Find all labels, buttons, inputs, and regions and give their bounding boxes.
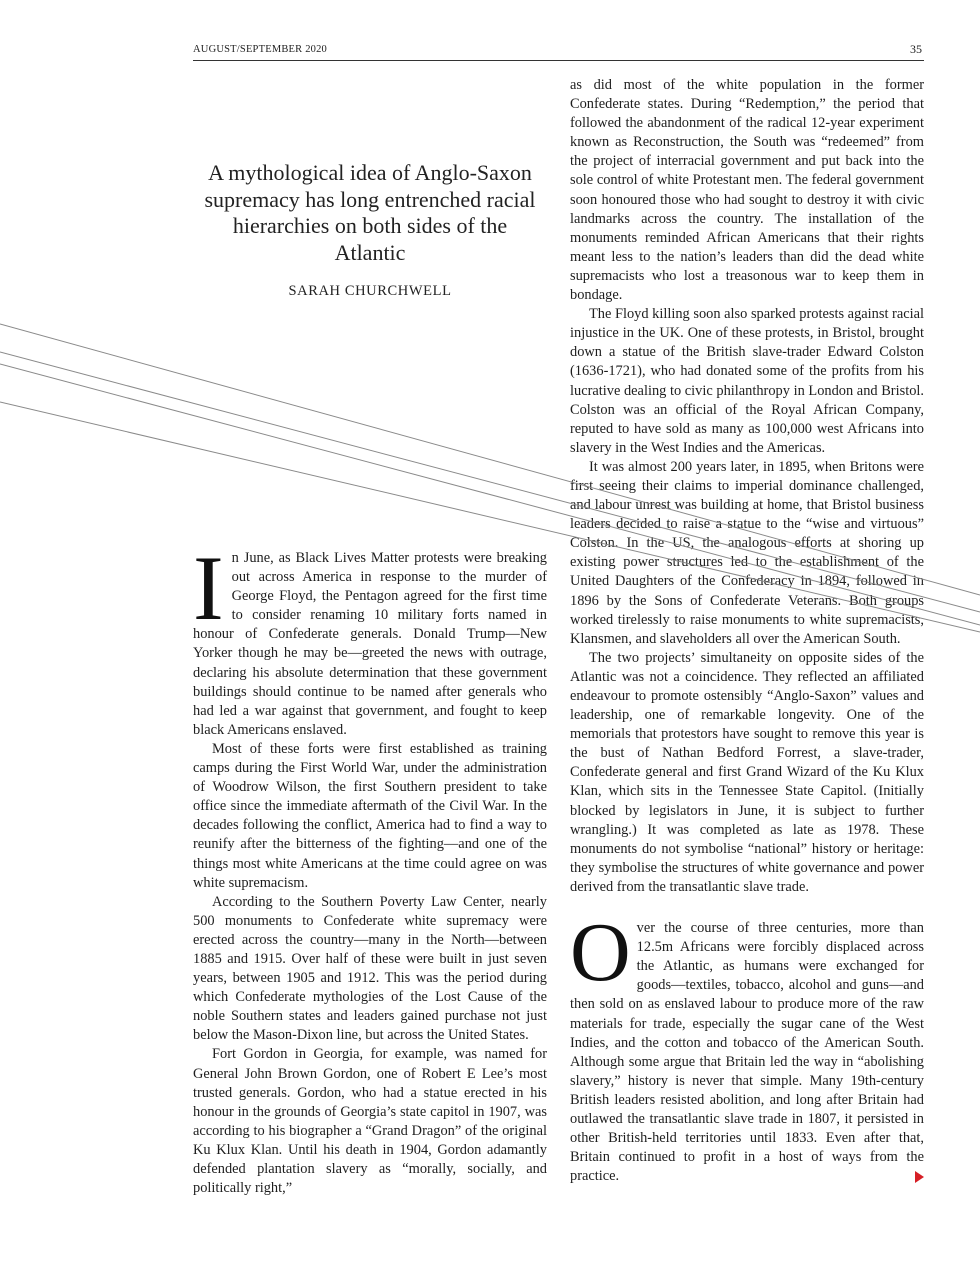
drop-cap: I [193,549,224,623]
paragraph: The Floyd killing soon also sparked prot… [570,305,924,458]
article-standfirst: A mythological idea of Anglo-Saxon supre… [200,160,540,266]
paragraph: Over the course of three centuries, more… [570,919,924,1186]
page-number: 35 [910,42,922,57]
paragraph: It was almost 200 years later, in 1895, … [570,458,924,649]
author-byline: SARAH CHURCHWELL [200,283,540,300]
right-column: as did most of the white population in t… [570,76,924,1186]
continue-triangle-icon [915,1171,924,1183]
paragraph: as did most of the white population in t… [570,76,924,305]
paragraph: According to the Southern Poverty Law Ce… [193,893,547,1046]
paragraph: The two projects’ simultaneity on opposi… [570,649,924,897]
left-column: In June, as Black Lives Matter protests … [193,549,547,1198]
drop-cap: O [570,919,631,985]
paragraph: Most of these forts were first establish… [193,740,547,893]
paragraph: In June, as Black Lives Matter protests … [193,549,547,740]
issue-date: AUGUST/SEPTEMBER 2020 [193,44,327,55]
paragraph: Fort Gordon in Georgia, for example, was… [193,1045,547,1198]
running-header: AUGUST/SEPTEMBER 2020 35 [193,42,924,61]
paragraph-text: n June, as Black Lives Matter protests w… [193,550,547,738]
